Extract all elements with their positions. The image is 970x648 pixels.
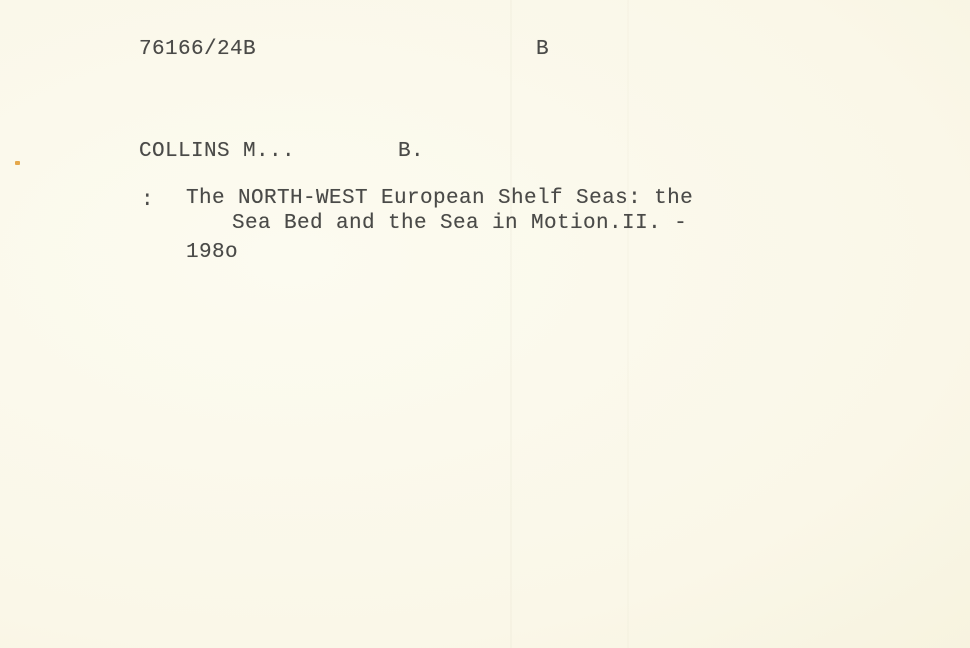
title-line-2: Sea Bed and the Sea in Motion.II. - — [232, 212, 687, 236]
author-initial: B. — [398, 140, 424, 164]
title-marker: : — [141, 189, 154, 213]
title-line-1: The NORTH-WEST European Shelf Seas: the — [186, 187, 693, 211]
catalog-card: 76166/24B B COLLINS M... B. : The NORTH-… — [0, 0, 970, 648]
publication-year: 198o — [186, 241, 238, 265]
author-name: COLLINS M... — [139, 140, 295, 164]
call-number: 76166/24B — [139, 38, 256, 62]
location-mark: B — [536, 38, 549, 62]
paper-stain-mark — [15, 161, 20, 165]
